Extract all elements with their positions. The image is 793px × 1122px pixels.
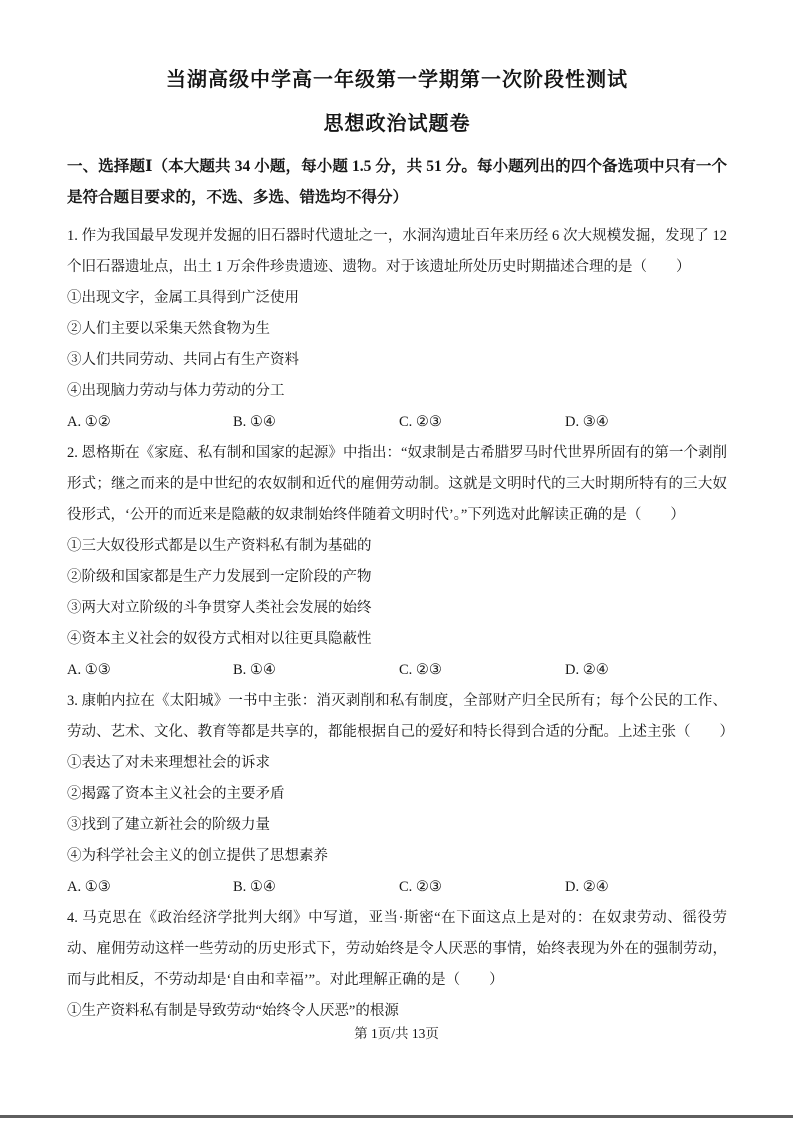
- exam-page: 当湖高级中学高一年级第一学期第一次阶段性测试 思想政治试题卷 一、选择题Ⅰ（本大…: [0, 0, 793, 1122]
- choice-a: A. ①②: [67, 407, 233, 438]
- question-4: 4. 马克思在《政治经济学批判大纲》中写道，亚当·斯密“在下面这点上是对的：在奴…: [67, 903, 727, 1027]
- option-statement: ②人们主要以采集天然食物为生: [67, 314, 727, 345]
- section-heading: 一、选择题Ⅰ（本大题共 34 小题，每小题 1.5 分，共 51 分。每小题列出…: [67, 152, 727, 213]
- choice-c: C. ②③: [399, 655, 565, 686]
- option-statement: ①生产资料私有制是导致劳动“始终令人厌恶”的根源: [67, 996, 727, 1027]
- option-statement: ①表达了对未来理想社会的诉求: [67, 748, 727, 779]
- choice-d: D. ③④: [565, 407, 731, 438]
- question-stem: 3. 康帕内拉在《太阳城》一书中主张：消灭剥削和私有制度，全部财产归全民所有；每…: [67, 686, 727, 748]
- option-statement: ④为科学社会主义的创立提供了思想素养: [67, 841, 727, 872]
- option-statement: ③找到了建立新社会的阶级力量: [67, 810, 727, 841]
- choice-d: D. ②④: [565, 872, 731, 903]
- choice-row: A. ①② B. ①④ C. ②③ D. ③④: [67, 407, 727, 438]
- question-1: 1. 作为我国最早发现并发掘的旧石器时代遗址之一，水洞沟遗址百年来历经 6 次大…: [67, 221, 727, 438]
- choice-b: B. ①④: [233, 872, 399, 903]
- choice-d: D. ②④: [565, 655, 731, 686]
- choice-row: A. ①③ B. ①④ C. ②③ D. ②④: [67, 872, 727, 903]
- option-statement: ③人们共同劳动、共同占有生产资料: [67, 345, 727, 376]
- option-statement: ④出现脑力劳动与体力劳动的分工: [67, 376, 727, 407]
- option-statement: ②阶级和国家都是生产力发展到一定阶段的产物: [67, 562, 727, 593]
- choice-b: B. ①④: [233, 407, 399, 438]
- question-stem: 4. 马克思在《政治经济学批判大纲》中写道，亚当·斯密“在下面这点上是对的：在奴…: [67, 903, 727, 996]
- page-number: 第 1页/共 13页: [0, 1026, 793, 1042]
- option-statement: ①三大奴役形式都是以生产资料私有制为基础的: [67, 531, 727, 562]
- choice-a: A. ①③: [67, 655, 233, 686]
- question-stem: 1. 作为我国最早发现并发掘的旧石器时代遗址之一，水洞沟遗址百年来历经 6 次大…: [67, 221, 727, 283]
- choice-c: C. ②③: [399, 407, 565, 438]
- option-statement: ④资本主义社会的奴役方式相对以往更具隐蔽性: [67, 624, 727, 655]
- choice-b: B. ①④: [233, 655, 399, 686]
- exam-subtitle: 思想政治试题卷: [67, 110, 727, 138]
- option-statement: ③两大对立阶级的斗争贯穿人类社会发展的始终: [67, 593, 727, 624]
- option-statement: ②揭露了资本主义社会的主要矛盾: [67, 779, 727, 810]
- question-stem: 2. 恩格斯在《家庭、私有制和国家的起源》中指出：“奴隶制是古希腊罗马时代世界所…: [67, 438, 727, 531]
- page-content: 当湖高级中学高一年级第一学期第一次阶段性测试 思想政治试题卷 一、选择题Ⅰ（本大…: [0, 0, 793, 1027]
- exam-title: 当湖高级中学高一年级第一学期第一次阶段性测试: [67, 66, 727, 94]
- option-statement: ①出现文字，金属工具得到广泛使用: [67, 283, 727, 314]
- question-2: 2. 恩格斯在《家庭、私有制和国家的起源》中指出：“奴隶制是古希腊罗马时代世界所…: [67, 438, 727, 686]
- page-divider: [0, 1115, 793, 1118]
- choice-row: A. ①③ B. ①④ C. ②③ D. ②④: [67, 655, 727, 686]
- choice-a: A. ①③: [67, 872, 233, 903]
- choice-c: C. ②③: [399, 872, 565, 903]
- question-3: 3. 康帕内拉在《太阳城》一书中主张：消灭剥削和私有制度，全部财产归全民所有；每…: [67, 686, 727, 903]
